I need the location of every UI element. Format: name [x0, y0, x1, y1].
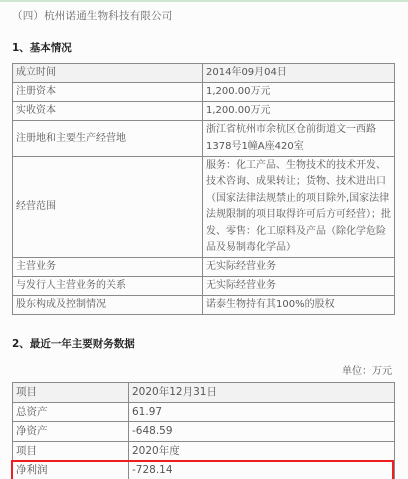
row-value: 61.97 [129, 402, 395, 422]
row-value: 无实际经营业务 [203, 258, 395, 277]
table-row: 注册资本 1,200.00万元 [13, 83, 395, 102]
row-value: 2020年度 [129, 441, 395, 461]
row-label: 与发行人主营业务的关系 [13, 277, 203, 296]
section-heading-basic-info: 1、基本情况 [12, 40, 72, 55]
row-label: 实收资本 [13, 102, 203, 121]
row-label: 注册资本 [13, 83, 203, 102]
table-row: 与发行人主营业务的关系 无实际经营业务 [13, 277, 395, 296]
section-heading-financial-data: 2、最近一年主要财务数据 [12, 336, 135, 351]
row-label: 项目 [13, 383, 129, 403]
row-value: 浙江省杭州市余杭区仓前街道文一西路1378号1幢A座420室 [203, 121, 395, 157]
table-row: 项目 2020年12月31日 [13, 383, 395, 403]
financial-data-table: 项目 2020年12月31日 总资产 61.97 净资产 -648.59 项目 … [12, 382, 395, 479]
table-row: 注册地和主要生产经营地 浙江省杭州市余杭区仓前街道文一西路1378号1幢A座42… [13, 121, 395, 157]
basic-info-table: 成立时间 2014年09月04日 注册资本 1,200.00万元 实收资本 1,… [12, 63, 395, 315]
row-label: 净利润 [13, 461, 129, 479]
row-label: 主营业务 [13, 258, 203, 277]
row-value: -648.59 [129, 422, 395, 442]
table-row: 主营业务 无实际经营业务 [13, 258, 395, 277]
row-label: 经营范围 [13, 157, 203, 258]
company-title: （四）杭州诺通生物科技有限公司 [12, 8, 173, 23]
units-label: 单位：万元 [342, 362, 392, 377]
row-value: 1,200.00万元 [203, 83, 395, 102]
row-label: 项目 [13, 441, 129, 461]
row-value: 1,200.00万元 [203, 102, 395, 121]
row-value: -728.14 [129, 461, 395, 479]
table-row: 总资产 61.97 [13, 402, 395, 422]
table-row: 项目 2020年度 [13, 441, 395, 461]
table-row: 成立时间 2014年09月04日 [13, 64, 395, 83]
row-label: 成立时间 [13, 64, 203, 83]
row-value: 2014年09月04日 [203, 64, 395, 83]
table-row: 股东构成及控制情况 诺泰生物持有其100%的股权 [13, 296, 395, 315]
table-row-net-profit: 净利润 -728.14 [13, 461, 395, 479]
table-row: 经营范围 服务：化工产品、生物技术的技术开发、技术咨询、成果转让；货物、技术进出… [13, 157, 395, 258]
table-row: 净资产 -648.59 [13, 422, 395, 442]
row-label: 总资产 [13, 402, 129, 422]
table-row: 实收资本 1,200.00万元 [13, 102, 395, 121]
row-value: 服务：化工产品、生物技术的技术开发、技术咨询、成果转让；货物、技术进出口（国家法… [203, 157, 395, 258]
row-value: 无实际经营业务 [203, 277, 395, 296]
row-label: 注册地和主要生产经营地 [13, 121, 203, 157]
row-label: 股东构成及控制情况 [13, 296, 203, 315]
row-label: 净资产 [13, 422, 129, 442]
row-value: 2020年12月31日 [129, 383, 395, 403]
row-value: 诺泰生物持有其100%的股权 [203, 296, 395, 315]
